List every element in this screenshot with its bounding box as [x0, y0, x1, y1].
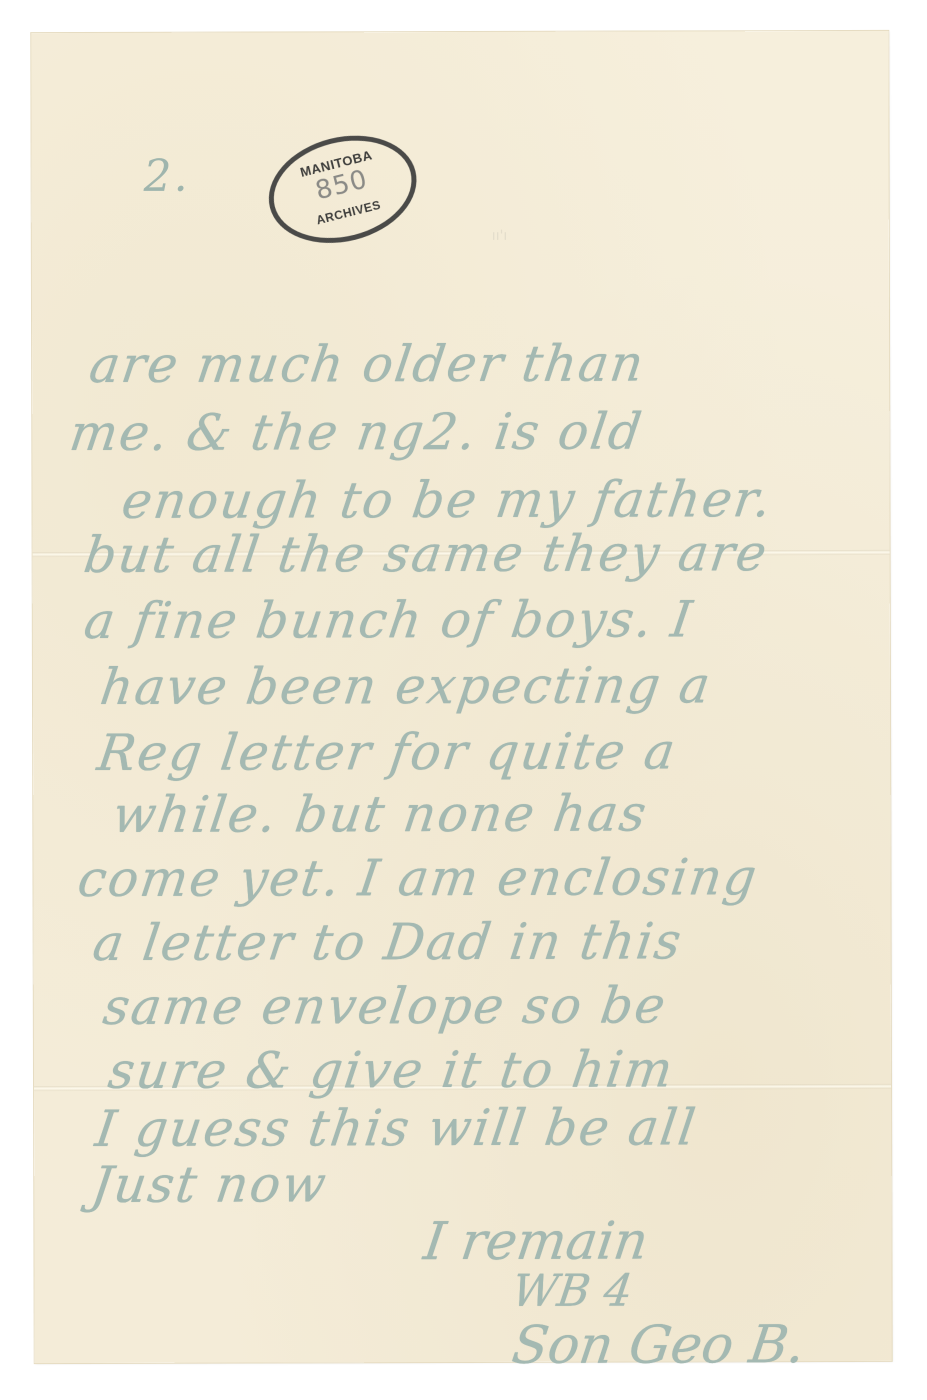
body-line: me. & the ng2. is old [66, 402, 647, 464]
body-line: sure & give it to him [105, 1039, 678, 1101]
body-line: but all the same they are [80, 523, 772, 585]
body-line: Just now [88, 1154, 331, 1215]
body-line: a fine bunch of boys. I [81, 589, 698, 651]
body-line: come yet. I am enclosing [74, 847, 762, 909]
letter-page: 2. MANITOBA 850 ARCHIVES ıı'ı are much o… [31, 31, 891, 1363]
body-line: enough to be my father. [118, 469, 776, 531]
body-line: same envelope so be [100, 975, 671, 1036]
letter-body: are much older than me. & the ng2. is ol… [31, 31, 891, 1363]
body-line: while. but none has [109, 784, 651, 845]
closing-line: I remain [420, 1212, 651, 1273]
body-line: a letter to Dad in this [90, 911, 687, 973]
closing-unit: WB 4 [509, 1266, 636, 1317]
signature: Son Geo B. [509, 1315, 809, 1376]
body-line: are much older than [86, 334, 649, 395]
body-line: Reg letter for quite a [94, 721, 681, 783]
body-line: have been expecting a [97, 655, 716, 717]
body-line: I guess this will be all [92, 1097, 701, 1159]
